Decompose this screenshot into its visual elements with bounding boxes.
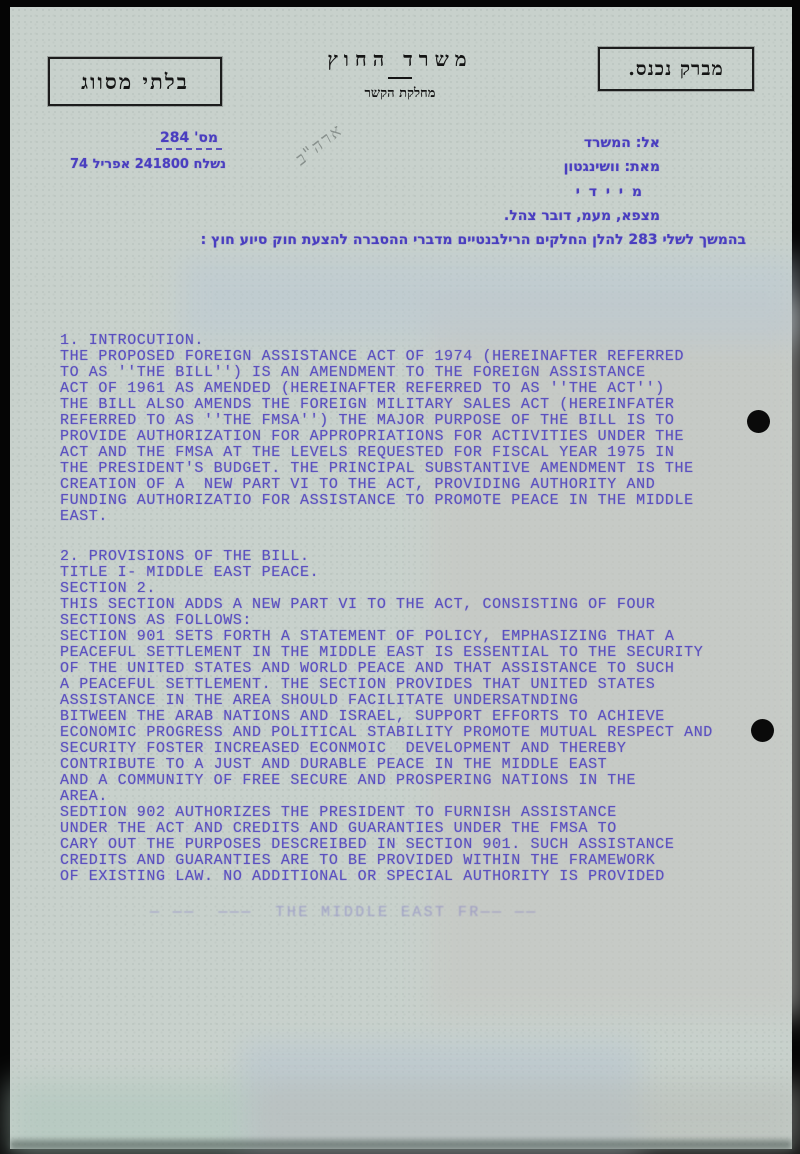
body-paragraph-2: 2. PROVISIONS OF THE BILL. TITLE I- MIDD… (60, 549, 713, 885)
faded-erased-line: — —— ——— THE MIDDLE EAST FR—— —— (150, 905, 538, 921)
to-line: אל: המשרד (584, 135, 660, 151)
department-subtitle: מחלקת הקשר (340, 85, 460, 101)
distribution-line: מצפא, מעמ, דובר צהל. (504, 208, 660, 224)
classification-stamp: בלתי מסווג (48, 57, 222, 106)
handwritten-note: ארה"ב (292, 120, 347, 169)
body-paragraph-1: 1. INTROCUTION. THE PROPOSED FOREIGN ASS… (60, 333, 694, 525)
scan-tint-gray-bottom (250, 1082, 800, 1154)
cable-number: מס' 284 (156, 130, 222, 146)
punch-hole-top (747, 410, 770, 433)
scan-tint-blue-bottom (240, 1042, 640, 1152)
ministry-title: משרד החוץ (300, 47, 500, 72)
incoming-cable-label: מברק נכנס. (628, 58, 724, 81)
priority-line: מ י י ד י (576, 184, 644, 200)
incoming-cable-stamp: מברק נכנס. (598, 47, 754, 91)
scan-tint-teal-bottom (10, 1082, 250, 1154)
intro-line: בהמשך לשלי 283 להלן החלקים הרילבנטיים מד… (201, 232, 746, 248)
scan-edge-shadow (10, 1140, 792, 1150)
letterhead-divider (388, 77, 412, 79)
cable-number-underline (156, 148, 222, 150)
paper-sheet: בלתי מסווג משרד החוץ מחלקת הקשר מברק נכנ… (10, 7, 792, 1149)
scan-tint-blue-top (180, 257, 800, 342)
scanned-telegram-page: בלתי מסווג משרד החוץ מחלקת הקשר מברק נכנ… (0, 0, 800, 1154)
sent-line: נשלח 241800 אפריל 74 (70, 157, 226, 172)
classification-label: בלתי מסווג (81, 69, 189, 95)
from-line: מאת: וושינגטון (564, 159, 660, 175)
punch-hole-bottom (751, 719, 774, 742)
